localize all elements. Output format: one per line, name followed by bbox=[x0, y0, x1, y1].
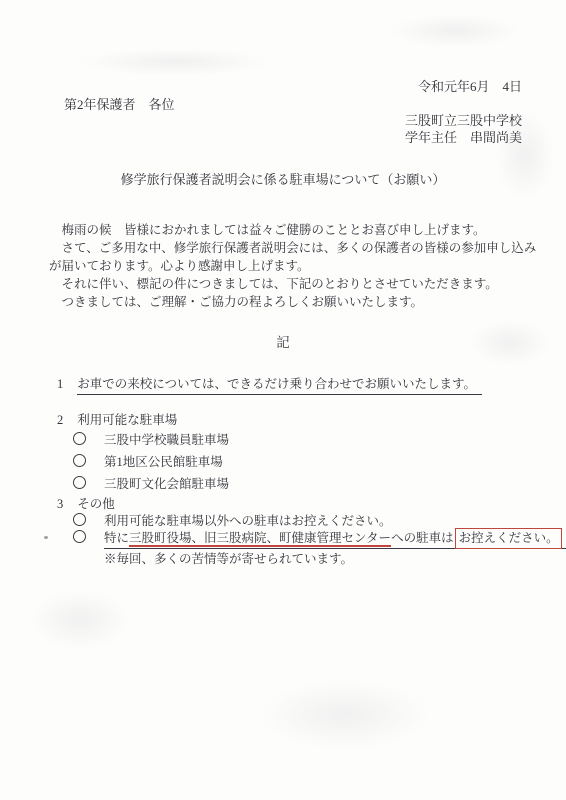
special-line: 特に三股町役場、旧三股病院、町健康管理センターへの駐車はお控えください。 bbox=[104, 531, 566, 549]
section-1-text: お車での来校については、できるだけ乗り合わせでお願いいたします。 bbox=[77, 377, 482, 395]
date-line: 令和元年6月 4日 bbox=[418, 76, 522, 95]
facility-old-hospital: 旧三股病院、 bbox=[204, 531, 279, 547]
red-boxed-text: お控えください。 bbox=[455, 528, 562, 549]
body-line: つきましては、ご理解・ご協力の程よろしくお願いいたします。 bbox=[49, 293, 536, 311]
addressee-line: 第2年保護者 各位 bbox=[64, 94, 175, 113]
other-list-item: 利用可能な駐車場以外への駐車はお控えください。 bbox=[73, 511, 392, 529]
scan-artifact bbox=[390, 14, 520, 48]
scan-artifact-dot bbox=[44, 536, 48, 539]
scanned-letter-page: 令和元年6月 4日 第2年保護者 各位 三股町立三股中学校 学年主任 串間尚美 … bbox=[0, 0, 566, 800]
section-2-heading: 利用可能な駐車場 bbox=[77, 413, 177, 427]
body-line: それに伴い、標記の件につきましては、下記のとおりとさせていただきます。 bbox=[49, 275, 536, 293]
parking-list-item: 三股町文化会館駐車場 bbox=[73, 474, 229, 492]
circle-bullet-icon bbox=[73, 530, 86, 543]
section-3-heading-row: 3その他 bbox=[57, 494, 115, 512]
parking-list-item-label: 三股町文化会館駐車場 bbox=[104, 477, 229, 491]
body-line: さて、ご多用な中、修学旅行保護者説明会には、多くの保護者の皆様の参加申し込み bbox=[49, 239, 536, 257]
circle-bullet-icon bbox=[73, 513, 86, 526]
other-list-item-special: 特に三股町役場、旧三股病院、町健康管理センターへの駐車はお控えください。 bbox=[73, 528, 566, 546]
circle-bullet-icon bbox=[73, 454, 86, 467]
doc-title: 修学旅行保護者説明会に係る駐車場について（お願い） bbox=[0, 169, 566, 188]
section-1: 1お車での来校については、できるだけ乗り合わせでお願いいたします。 bbox=[57, 374, 482, 392]
scan-artifact bbox=[80, 48, 270, 76]
section-3-heading: その他 bbox=[77, 497, 115, 511]
circle-bullet-icon bbox=[73, 476, 86, 489]
parking-list-item-label: 第1地区公民館駐車場 bbox=[104, 455, 223, 469]
facility-town-hall: 三股町役場、 bbox=[129, 531, 204, 547]
scan-artifact bbox=[30, 590, 130, 650]
circle-bullet-icon bbox=[73, 432, 86, 445]
section-1-number: 1 bbox=[57, 377, 63, 392]
section-3-number: 3 bbox=[57, 497, 63, 512]
other-list-item-label: 利用可能な駐車場以外への駐車はお控えください。 bbox=[104, 514, 392, 528]
sender-person: 学年主任 串間尚美 bbox=[405, 127, 522, 146]
special-middle: への駐車は bbox=[391, 531, 454, 545]
scan-artifact bbox=[260, 680, 430, 750]
record-marker: 記 bbox=[0, 331, 566, 351]
special-prefix: 特に bbox=[104, 531, 129, 545]
parking-list-item: 第1地区公民館駐車場 bbox=[73, 452, 223, 470]
body-line: 梅雨の候 皆様におかれましては益々ご健勝のこととお喜び申し上げます。 bbox=[49, 221, 536, 239]
parking-list-item-label: 三股中学校職員駐車場 bbox=[104, 433, 229, 447]
facility-health-center: 町健康管理センター bbox=[279, 531, 391, 547]
complaints-note: ※毎回、多くの苦情等が寄せられています。 bbox=[104, 549, 353, 567]
parking-list-item: 三股中学校職員駐車場 bbox=[73, 430, 229, 448]
section-2-number: 2 bbox=[57, 413, 63, 428]
section-2-heading-row: 2利用可能な駐車場 bbox=[57, 410, 177, 428]
body-line: が届いております。心より感謝申し上げます。 bbox=[49, 257, 536, 275]
body-paragraph: 梅雨の候 皆様におかれましては益々ご健勝のこととお喜び申し上げます。 さて、ご多… bbox=[49, 221, 536, 311]
